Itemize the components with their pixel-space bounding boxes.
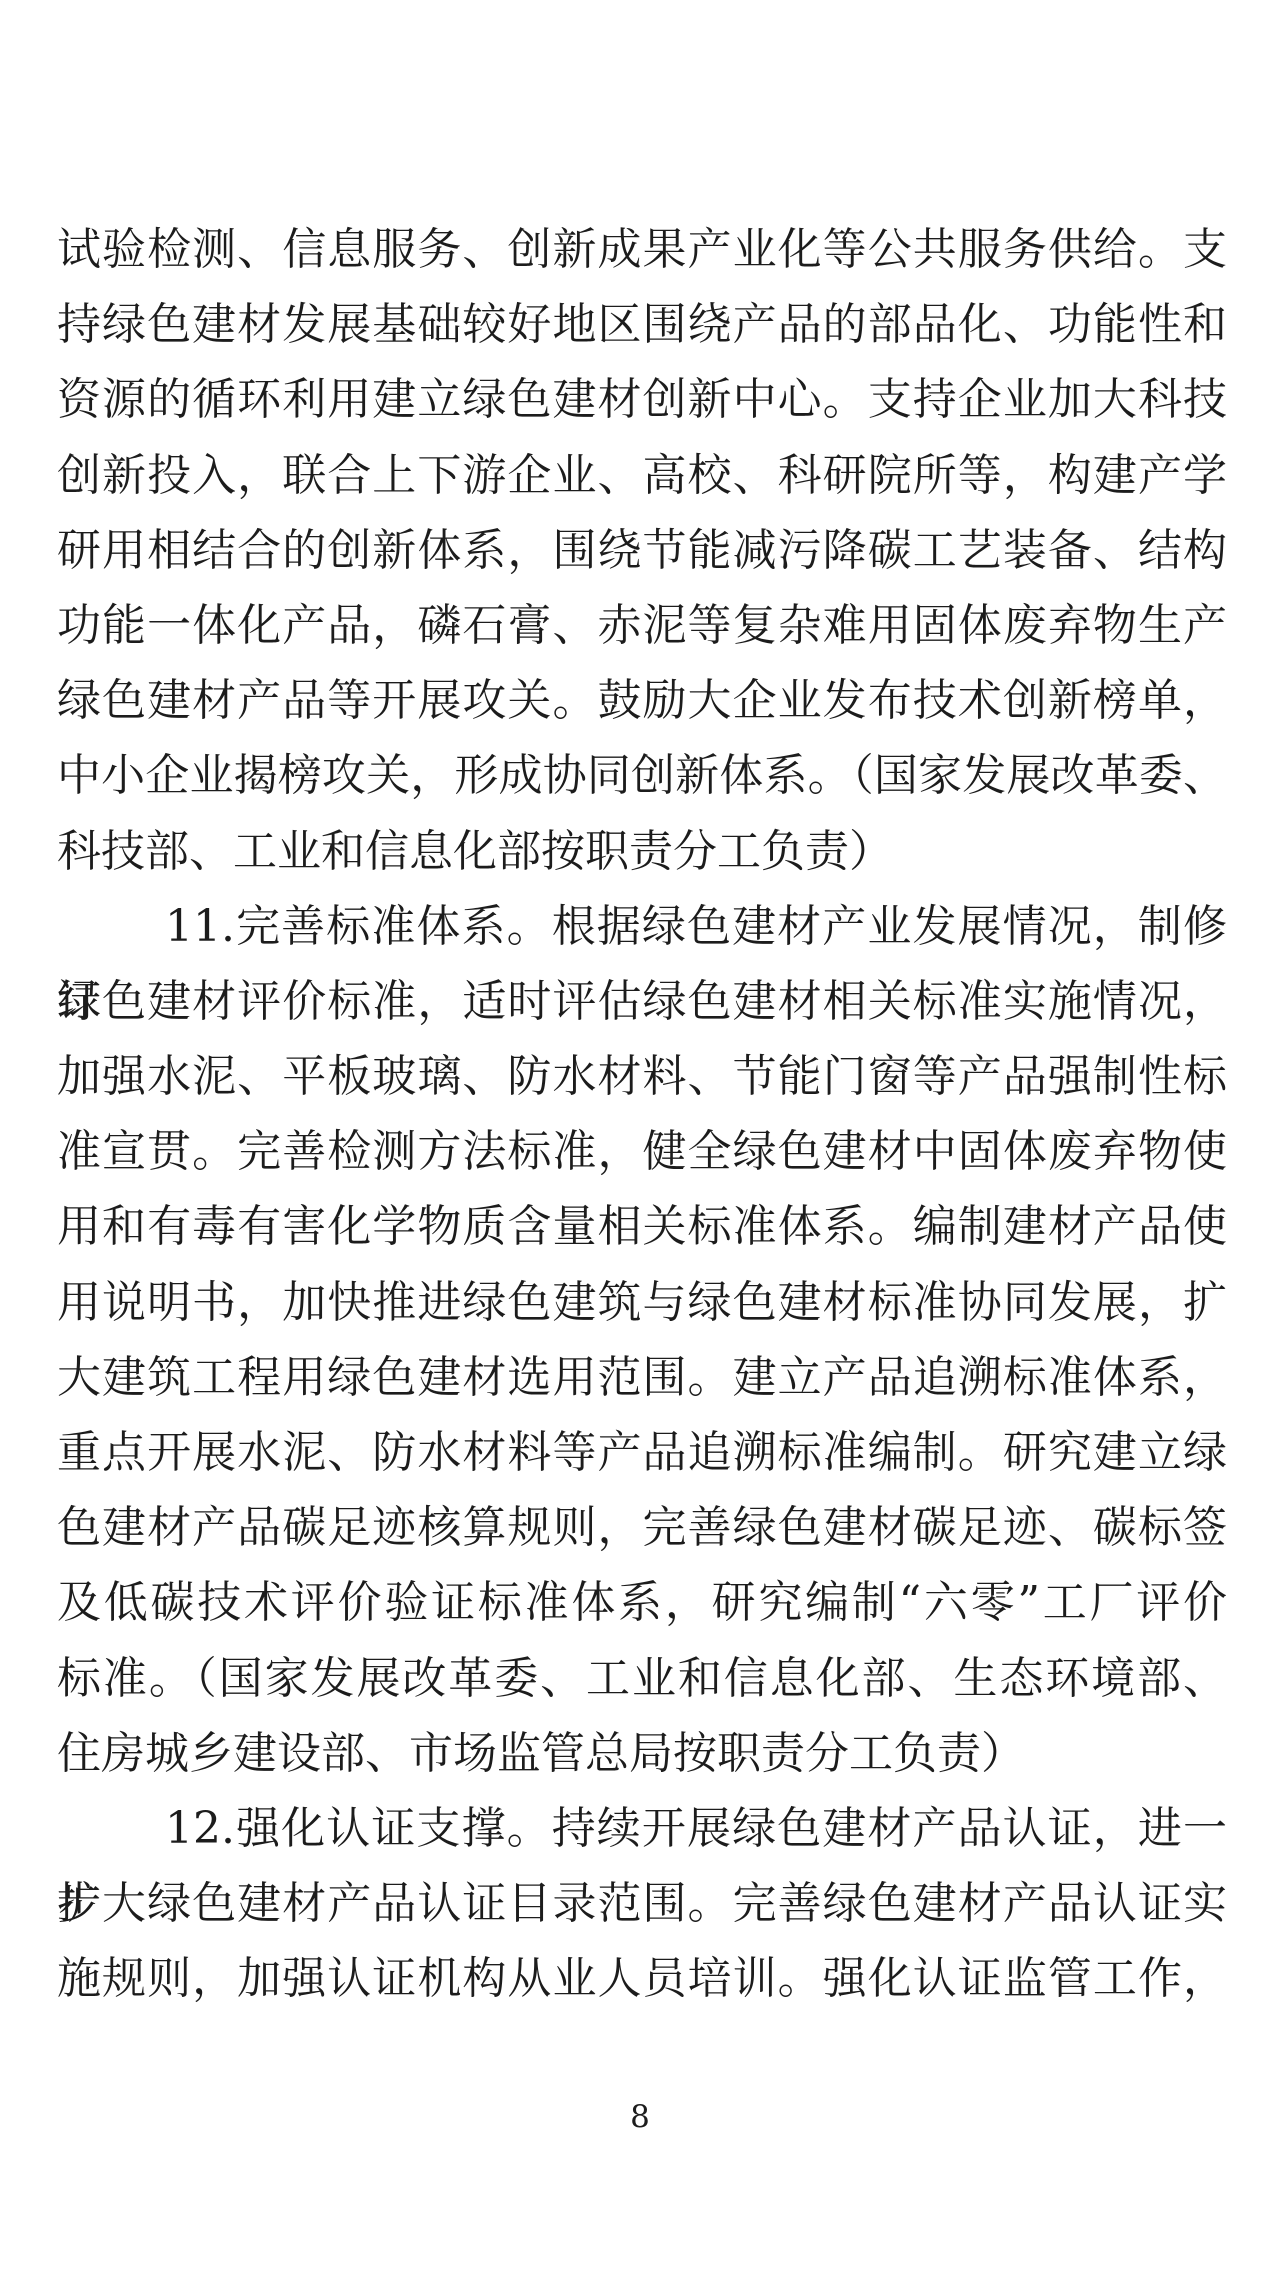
- text-line: 用和有毒有害化学物质含量相关标准体系。编制建材产品使: [57, 1189, 1227, 1264]
- text-line: 中小企业揭榜攻关，形成协同创新体系。（国家发展改革委、: [57, 738, 1227, 813]
- document-body-text: 试验检测、信息服务、创新成果产业化等公共服务供给。支 持绿色建材发展基础较好地区…: [57, 212, 1227, 2017]
- text-line: 扩大绿色建材产品认证目录范围。完善绿色建材产品认证实: [57, 1866, 1227, 1941]
- text-line-item-11-start: 11.完善标准体系。根据绿色建材产业发展情况，制修订: [57, 889, 1227, 964]
- text-line: 色建材产品碳足迹核算规则，完善绿色建材碳足迹、碳标签: [57, 1490, 1227, 1565]
- text-line: 创新投入，联合上下游企业、高校、科研院所等，构建产学: [57, 438, 1227, 513]
- text-line: 持绿色建材发展基础较好地区围绕产品的部品化、功能性和: [57, 287, 1227, 362]
- text-line-paragraph-end: 住房城乡建设部、市场监管总局按职责分工负责）: [57, 1716, 1227, 1791]
- page-number: 8: [0, 2098, 1280, 2136]
- text-line: 资源的循环利用建立绿色建材创新中心。支持企业加大科技: [57, 362, 1227, 437]
- text-line: 试验检测、信息服务、创新成果产业化等公共服务供给。支: [57, 212, 1227, 287]
- text-line: 大建筑工程用绿色建材选用范围。建立产品追溯标准体系，: [57, 1340, 1227, 1415]
- text-line: 及低碳技术评价验证标准体系，研究编制“六零”工厂评价: [57, 1565, 1227, 1640]
- text-line: 加强水泥、平板玻璃、防水材料、节能门窗等产品强制性标: [57, 1039, 1227, 1114]
- text-line-item-12-start: 12.强化认证支撑。持续开展绿色建材产品认证，进一步: [57, 1791, 1227, 1866]
- text-line: 重点开展水泥、防水材料等产品追溯标准编制。研究建立绿: [57, 1415, 1227, 1490]
- text-line: 施规则，加强认证机构从业人员培训。强化认证监管工作，: [57, 1941, 1227, 2016]
- text-line: 用说明书，加快推进绿色建筑与绿色建材标准协同发展，扩: [57, 1265, 1227, 1340]
- text-line-paragraph-end: 科技部、工业和信息化部按职责分工负责）: [57, 814, 1227, 889]
- text-line: 标准。（国家发展改革委、工业和信息化部、生态环境部、: [57, 1641, 1227, 1716]
- document-page: 试验检测、信息服务、创新成果产业化等公共服务供给。支 持绿色建材发展基础较好地区…: [0, 0, 1280, 2275]
- text-line: 准宣贯。完善检测方法标准，健全绿色建材中固体废弃物使: [57, 1114, 1227, 1189]
- text-line: 绿色建材产品等开展攻关。鼓励大企业发布技术创新榜单，: [57, 663, 1227, 738]
- text-line: 功能一体化产品，磷石膏、赤泥等复杂难用固体废弃物生产: [57, 588, 1227, 663]
- text-line: 研用相结合的创新体系，围绕节能减污降碳工艺装备、结构: [57, 513, 1227, 588]
- text-line: 绿色建材评价标准，适时评估绿色建材相关标准实施情况，: [57, 964, 1227, 1039]
